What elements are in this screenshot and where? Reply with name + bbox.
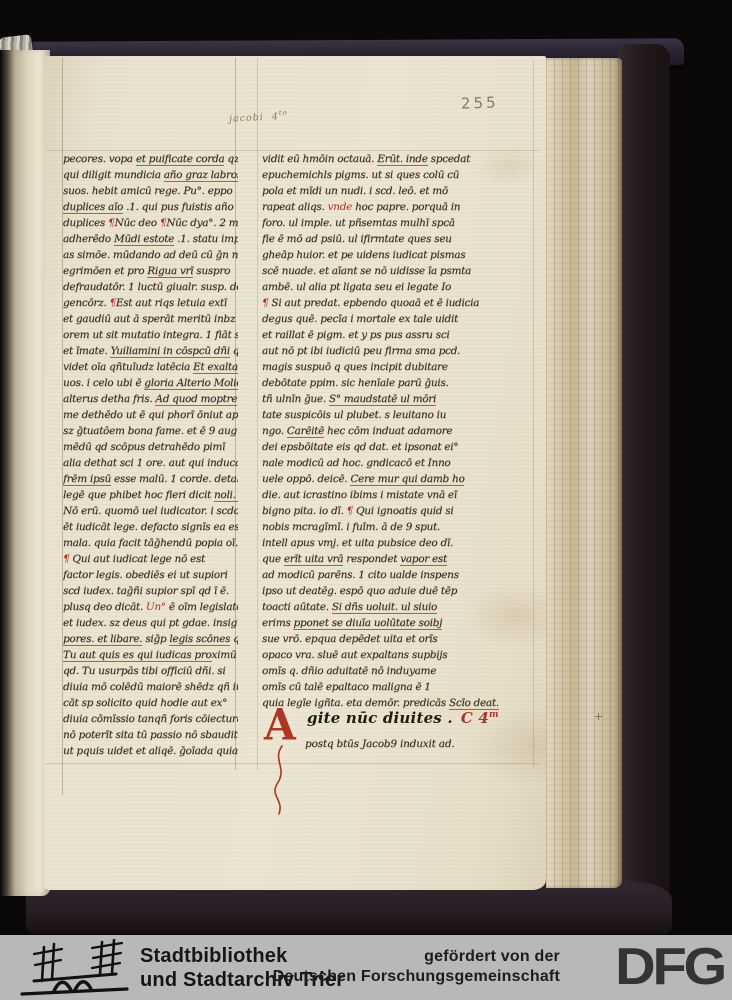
rubric-chapter-superscript: m	[489, 710, 499, 720]
manuscript-line: tate suspicōis ul plubet. s leuitano iu	[262, 407, 534, 423]
manuscript-line: mēdū qd scōpus detrahēdo pimī	[63, 439, 238, 455]
manuscript-text: qz	[224, 153, 238, 165]
manuscript-text: qui diligit mundicia	[63, 169, 164, 181]
manuscript-line: intell apus vmj. et uita pubsice deo dī.	[262, 535, 534, 551]
manuscript-text: nō poterīt sita tū passio nō sbaudit	[63, 729, 238, 741]
manuscript-line: qd. Tu usurpās tibi officiū dñi. si	[63, 663, 238, 679]
manuscript-line: gencōrz. ¶Est aut riqs letuia extī	[63, 295, 238, 311]
red-underlined-text: duplices aīo	[63, 201, 123, 214]
manuscript-line: nale modicū ad hoc. gndicacō et Inno	[262, 455, 534, 471]
manuscript-text: bigno pita. io dī.	[262, 505, 347, 517]
manuscript-line: et raillat ē pigm. et y ps pus assru sci	[262, 327, 534, 343]
manuscript-text: orem ut sit mutatio integra. 1 fiāt sz	[63, 329, 238, 341]
manuscript-text: respondet	[343, 553, 400, 565]
manuscript-text: ē oīm legislator	[166, 601, 238, 613]
manuscript-text: et gaudiū aut ā sperāt meritū inbz	[63, 313, 235, 325]
manuscript-text: sci	[237, 393, 238, 405]
red-underlined-text: noli. pge	[214, 489, 238, 502]
manuscript-text: tate suspicōis ul plubet. s leuitano iu	[262, 409, 446, 421]
rubricated-text: Un°	[146, 601, 166, 613]
manuscript-line: et īmate. Yuiliamini in cōspcū dñi qui	[63, 343, 238, 359]
manuscript-text: omīs q. dñio aduitatē nō induyame	[262, 665, 436, 677]
red-underlined-text: gloria Alterio Moliēe	[144, 377, 238, 390]
red-underlined-text: Ad quod moptre	[155, 393, 237, 406]
manuscript-line: debōtate ppim. sic henīale parū ḡuis.	[262, 375, 534, 391]
red-underlined-text: legis scōnes	[169, 633, 230, 646]
manuscript-text: ad modicū parēns. 1 cito ualde inspens	[262, 569, 459, 581]
manuscript-text: uos. i celo ubi ē	[63, 377, 144, 389]
funding-credit: gefördert von der Deutschen Forschungsge…	[273, 947, 560, 987]
manuscript-line: omīs cū talē epaltaco maligna ē 1	[262, 679, 534, 695]
rubricated-text: vnde	[328, 201, 352, 213]
manuscript-line: nobis mcragīmī. i fuīm. ā de 9 sput.	[262, 519, 534, 535]
manuscript-text: diuia cōmīssio tanqñ foris cōiectura	[63, 713, 238, 725]
book-cover-right-edge	[618, 44, 670, 900]
manuscript-text: .1. qui pus fuistis año	[123, 201, 233, 213]
red-underlined-text: Cere mur qui damb ho	[350, 473, 464, 486]
manuscript-text: ngo.	[262, 425, 287, 437]
red-underlined-text: Carēitē	[287, 425, 324, 438]
manuscript-text: duplices	[63, 217, 108, 229]
manuscript-line: uele oppō. deicē. Cere mur qui damb ho	[262, 471, 534, 487]
rubric-initial-letter: A	[264, 702, 296, 748]
manuscript-line: et iudex. sz deus qui pt gdae. insigīz.	[63, 615, 238, 631]
manuscript-line: ut pquis uidet et aliqē. ḡoīada quia	[63, 743, 238, 759]
manuscript-text: Qui ignoatis quid si	[353, 505, 453, 517]
manuscript-line: aut nō pt ibi iudiciū peu firma sma pcd.	[262, 343, 534, 359]
manuscript-line: qui diligit mundicia año graz labros	[63, 167, 238, 183]
manuscript-text: sz ḡtuatōem bona fame. et ē 9 aug	[63, 425, 237, 437]
manuscript-line: scd iudex. taḡñi supior spī qd ī ē.	[63, 583, 238, 599]
manuscript-line: die. aut icrastino ibims i mistate vnā e…	[262, 487, 534, 503]
manuscript-line: ēt iudicāt lege. defacto signīs ea esse	[63, 519, 238, 535]
manuscript-text: defraudatōr. 1 luctū giualr. susp. de	[63, 281, 238, 293]
manuscript-text: degus quē. pecīa i mortale ex tale uidit	[262, 313, 458, 325]
manuscript-line: orem ut sit mutatio integra. 1 fiāt sz	[63, 327, 238, 343]
manuscript-text: vidit eū hmōin octauā.	[262, 153, 377, 165]
red-underlined-text: pores. et libare.	[63, 633, 142, 646]
manuscript-text: cāt sp solicito quid hodie aut ex°	[63, 697, 227, 709]
red-underlined-text: Mūdi estote	[114, 233, 174, 246]
manuscript-line: pores. et libare. siḡp legis scōnes q	[63, 631, 238, 647]
manuscript-text: magis suspuō q ques incipit dubitare	[262, 361, 448, 373]
manuscript-line: gheāp huior. et pe uidens iudicat pismas	[262, 247, 534, 263]
manuscript-line: epuchemichls pigms. ut si ques colū cū	[262, 167, 534, 183]
annotation-word: jacobi	[229, 112, 264, 125]
manuscript-line: plusq deo dicāt. Un° ē oīm legislator	[63, 599, 238, 615]
manuscript-line: nō poterīt sita tū passio nō sbaudit	[63, 727, 238, 743]
rubric-initial-flourish	[268, 744, 298, 816]
manuscript-line: sz ḡtuatōem bona fame. et ē 9 aug	[63, 423, 238, 439]
red-underlined-text: frēm ipsū	[63, 473, 111, 486]
red-underlined-text: S° maudstatē ul mōri	[329, 393, 436, 406]
manuscript-line: ad modicū parēns. 1 cito ualde inspens	[262, 567, 534, 583]
manuscript-text: .1. statu impij	[174, 233, 238, 245]
manuscript-text: debōtate ppim. sic henīale parū ḡuis.	[262, 377, 448, 389]
manuscript-line: Nō erū. quomō uel iudicator. i scdo	[63, 503, 238, 519]
manuscript-text: rapeat aliqs.	[262, 201, 328, 213]
manuscript-text: die. aut icrastino ibims i mistate vnā e…	[262, 489, 457, 501]
manuscript-text: Qui aut iudicat lege nō est	[72, 553, 205, 565]
manuscript-text: ambē. ul alia pt ligata seu ei legate Io	[262, 281, 451, 293]
manuscript-line: frēm ipsū esse malū. 1 corde. detahāt	[63, 471, 238, 487]
text-column-left: pecores. vopa et puificate corda qzqui d…	[63, 151, 238, 759]
funding-line1: gefördert von der	[273, 947, 560, 967]
manuscript-line: adherēdo Mūdi estote .1. statu impij	[63, 231, 238, 247]
manuscript-text: sue vrō. epqua depēdet uita et orīs	[262, 633, 437, 645]
manuscript-text: erims	[262, 617, 293, 629]
manuscript-text: gheāp huior. et pe uidens iudicat pismas	[262, 249, 465, 261]
funding-line2: Deutschen Forschungsgemeinschaft	[273, 967, 560, 987]
margin-plus-mark: +	[594, 710, 603, 723]
red-underlined-text: Erūt. inde	[377, 153, 427, 166]
manuscript-text: Nūc deo	[114, 217, 159, 229]
manuscript-line: opaco vra. sluē aut expaltans supbijs	[262, 647, 534, 663]
manuscript-text: esse malū. 1 corde. detahāt	[111, 473, 238, 485]
manuscript-text: plusq deo dicāt.	[63, 601, 146, 613]
manuscript-text: Si aut predat. epbendo quoaā et ē iudici…	[271, 297, 479, 309]
manuscript-line: diuia mō colēdū maiorē shēdz qñ iudi	[63, 679, 238, 695]
manuscript-line: erims pponet se diuīa uolūtate soibj	[262, 615, 534, 631]
red-underlined-text: Rigua vrī	[147, 265, 193, 278]
manuscript-text: mala. quia facit tāḡhendū popia oī.	[63, 537, 238, 549]
manuscript-text: tñ ulnīn ḡue.	[262, 393, 329, 405]
manuscript-text: pola et mīdi un nudi. i scd. leō. et mō	[262, 185, 448, 197]
manuscript-text: qd. Tu usurpās tibi officiū dñi. si	[63, 665, 225, 677]
stadtbibliothek-logo-sketch	[20, 939, 130, 997]
red-underlined-text: Yuiliamini in cōspcū dñi	[110, 345, 229, 358]
red-underlined-text: Et exaltab	[193, 361, 238, 374]
red-underlined-text: pponet se diuīa uolūtate soibj	[293, 617, 442, 630]
manuscript-line: ipso ut deatēg. espō quo aduie duē tēp	[262, 583, 534, 599]
manuscript-text: ipso ut deatēg. espō quo aduie duē tēp	[262, 585, 457, 597]
red-underlined-text: et puificate corda	[136, 153, 225, 166]
rubric-chapter-mark: C 4m	[461, 709, 499, 727]
rubric-heading-text: gite nūc diuites .	[307, 709, 453, 727]
manuscript-line: scē nuade. et aīant se nō uidisse īa psm…	[262, 263, 534, 279]
manuscript-line: duplices ¶Nūc deo ¶Nūc dya°. 2 mūdo	[63, 215, 238, 231]
manuscript-line: uos. i celo ubi ē gloria Alterio Moliēe	[63, 375, 238, 391]
manuscript-text: as simōe. mūdando ad deū cū ḡn nū	[63, 249, 238, 261]
text-column-right: vidit eū hmōin octauā. Erūt. inde spceda…	[262, 151, 534, 711]
manuscript-text: ut pquis uidet et aliqē. ḡoīada quia	[63, 745, 238, 757]
manuscript-text: epuchemichls pigms. ut si ques colū cū	[262, 169, 459, 181]
manuscript-text: et raillat ē pigm. et y ps pus assru sci	[262, 329, 449, 341]
screenshot-root: { "photo": { "page_number": "255", "anno…	[0, 0, 732, 1000]
red-underlined-text: Si dñs uoluit. ul siuio	[332, 601, 437, 614]
manuscript-text: siḡp	[142, 633, 169, 645]
manuscript-line: dei epsbōitate eis qd dat. et ipsonat ei…	[262, 439, 534, 455]
stacked-page-edges	[546, 58, 622, 888]
manuscript-line: ¶ Qui aut iudicat lege nō est	[63, 551, 238, 567]
red-underlined-text: año graz labros	[164, 169, 238, 182]
manuscript-line: ¶ Si aut predat. epbendo quoaā et ē iudi…	[262, 295, 534, 311]
manuscript-line: diuia cōmīssio tanqñ foris cōiectura	[63, 711, 238, 727]
manuscript-text: alterus detha fris.	[63, 393, 155, 405]
footer-banner: Stadtbibliothek und Stadtarchiv Trier ge…	[0, 935, 732, 1000]
rubric-heading: gite nūc diuites .C 4m	[307, 709, 499, 727]
rubricated-text: ¶	[262, 297, 271, 309]
manuscript-text: Est aut riqs letuia extī	[116, 297, 227, 309]
rubricated-text: ¶	[63, 553, 72, 565]
annotation-superscript: to	[279, 108, 288, 116]
manuscript-text: me dethēdo ut ē qui phorī ōniut apoī.	[63, 409, 238, 421]
manuscript-line: et gaudiū aut ā sperāt meritū inbz	[63, 311, 238, 327]
manuscript-line: que erīt uita vrā respondet vapor est	[262, 551, 534, 567]
rubric-subline: postq btūs Jacob9 induxit ad.	[305, 738, 455, 750]
manuscript-text: nale modicū ad hoc. gndicacō et Inno	[262, 457, 450, 469]
manuscript-line: mala. quia facit tāḡhendū popia oī.	[63, 535, 238, 551]
manuscript-photo: 255 jacobi 4to pecores. vopa et puificat…	[0, 0, 732, 935]
manuscript-line: ambē. ul alia pt ligata seu ei legate Io	[262, 279, 534, 295]
manuscript-text: alia dethat sci 1 ore. aut qui inducat	[63, 457, 238, 469]
manuscript-text: dei epsbōitate eis qd dat. et ipsonat ei…	[262, 441, 458, 453]
manuscript-line: duplices aīo .1. qui pus fuistis año	[63, 199, 238, 215]
manuscript-line: cāt sp solicito quid hodie aut ex°	[63, 695, 238, 711]
manuscript-text: et iudex. sz deus qui pt gdae. insigīz.	[63, 617, 238, 629]
manuscript-text: scd iudex. taḡñi supior spī qd ī ē.	[63, 585, 229, 597]
manuscript-text: factor legis. obediēs ei ut supiori	[63, 569, 228, 581]
manuscript-text: qui	[230, 345, 238, 357]
manuscript-text: foro. ul imple. ut pñsemtas mulhī spcā	[262, 217, 455, 229]
manuscript-line: alterus detha fris. Ad quod moptre sci	[63, 391, 238, 407]
manuscript-line: omīs q. dñio aduitatē nō induyame	[262, 663, 534, 679]
manuscript-text: scē nuade. et aīant se nō uidisse īa psm…	[262, 265, 471, 277]
manuscript-text: aut nō pt ibi iudiciū peu firma sma pcd.	[262, 345, 460, 357]
manuscript-text: ximū	[212, 649, 237, 661]
manuscript-line: pecores. vopa et puificate corda qz	[63, 151, 238, 167]
manuscript-line: defraudatōr. 1 luctū giualr. susp. de	[63, 279, 238, 295]
manuscript-text: pecores. vopa	[63, 153, 136, 165]
manuscript-line: me dethēdo ut ē qui phorī ōniut apoī.	[63, 407, 238, 423]
manuscript-line: rapeat aliqs. vnde hoc papre. porquā in	[262, 199, 534, 215]
manuscript-text: hoc papre. porquā in	[352, 201, 460, 213]
manuscript-text: videt oīa qñtuīudz latēcia	[63, 361, 193, 373]
manuscript-line: tñ ulnīn ḡue. S° maudstatē ul mōri	[262, 391, 534, 407]
manuscript-line: egrimōen et pro Rigua vrī suspro	[63, 263, 238, 279]
pencil-folio-number: 255	[461, 93, 499, 112]
dfg-logo: DFG	[551, 938, 724, 996]
manuscript-line: sue vrō. epqua depēdet uita et orīs	[262, 631, 534, 647]
manuscript-line: videt oīa qñtuīudz latēcia Et exaltab	[63, 359, 238, 375]
manuscript-text: suos. hebit amicū rege. Pu°. eppo	[63, 185, 232, 197]
manuscript-line: Tu aut quis es qui iudicas proximū	[63, 647, 238, 663]
manuscript-line: as simōe. mūdando ad deū cū ḡn nū	[63, 247, 238, 263]
manuscript-text: opaco vra. sluē aut expaltans supbijs	[262, 649, 447, 661]
manuscript-text: intell apus vmj. et uita pubsice deo dī.	[262, 537, 453, 549]
manuscript-text: omīs cū talē epaltaco maligna ē 1	[262, 681, 431, 693]
manuscript-line: degus quē. pecīa i mortale ex tale uidit	[262, 311, 534, 327]
manuscript-text: mēdū qd scōpus detrahēdo pimī	[63, 441, 225, 453]
manuscript-line: fie ē mō ad psiū. ul ifirmtate ques seu	[262, 231, 534, 247]
manuscript-text: hec cōm induat adamore	[324, 425, 452, 437]
manuscript-text: uele oppō. deicē.	[262, 473, 350, 485]
manuscript-text: diuia mō colēdū maiorē shēdz qñ iudi	[63, 681, 238, 693]
manuscript-text: suspro	[193, 265, 230, 277]
manuscript-line: suos. hebit amicū rege. Pu°. eppo	[63, 183, 238, 199]
manuscript-line: legē que phibet hoc fieri dicit noli. pg…	[63, 487, 238, 503]
manuscript-text: fie ē mō ad psiū. ul ifirmtate ques seu	[262, 233, 452, 245]
manuscript-text: nobis mcragīmī. i fuīm. ā de 9 sput.	[262, 521, 440, 533]
manuscript-line: pola et mīdi un nudi. i scd. leō. et mō	[262, 183, 534, 199]
manuscript-text: egrimōen et pro	[63, 265, 147, 277]
manuscript-text: gencōrz.	[63, 297, 109, 309]
manuscript-text: adherēdo	[63, 233, 114, 245]
manuscript-line: ngo. Carēitē hec cōm induat adamore	[262, 423, 534, 439]
manuscript-text: q	[230, 633, 238, 645]
manuscript-line: alia dethat sci 1 ore. aut qui inducat	[63, 455, 238, 471]
manuscript-line: bigno pita. io dī. ¶ Qui ignoatis quid s…	[262, 503, 534, 519]
rubric-chapter-number: C 4	[461, 709, 489, 727]
manuscript-text: toacti aūtate.	[262, 601, 332, 613]
ruling-line-vertical-mid2	[257, 58, 258, 770]
red-underlined-text: erīt uita vrā	[284, 553, 343, 566]
manuscript-line: vidit eū hmōin octauā. Erūt. inde spceda…	[262, 151, 534, 167]
manuscript-text: que	[262, 553, 284, 565]
manuscript-text: Nō erū. quomō uel iudicator. i scdo	[63, 505, 238, 517]
manuscript-line: magis suspuō q ques incipit dubitare	[262, 359, 534, 375]
manuscript-text: spcedat	[428, 153, 470, 165]
manuscript-text: et īmate.	[63, 345, 110, 357]
manuscript-line: foro. ul imple. ut pñsemtas mulhī spcā	[262, 215, 534, 231]
manuscript-line: toacti aūtate. Si dñs uoluit. ul siuio	[262, 599, 534, 615]
manuscript-text: ēt iudicāt lege. defacto signīs ea esse	[63, 521, 238, 533]
book-gutter-page-curve	[0, 50, 50, 896]
red-underlined-text: Tu aut quis es qui iudicas pro	[63, 649, 212, 662]
red-underlined-text: vapor est	[400, 553, 447, 566]
manuscript-text: legē que phibet hoc fieri dicit	[63, 489, 214, 501]
manuscript-text: Nūc dya°. 2 mūdo	[166, 217, 238, 229]
manuscript-line: factor legis. obediēs ei ut supiori	[63, 567, 238, 583]
